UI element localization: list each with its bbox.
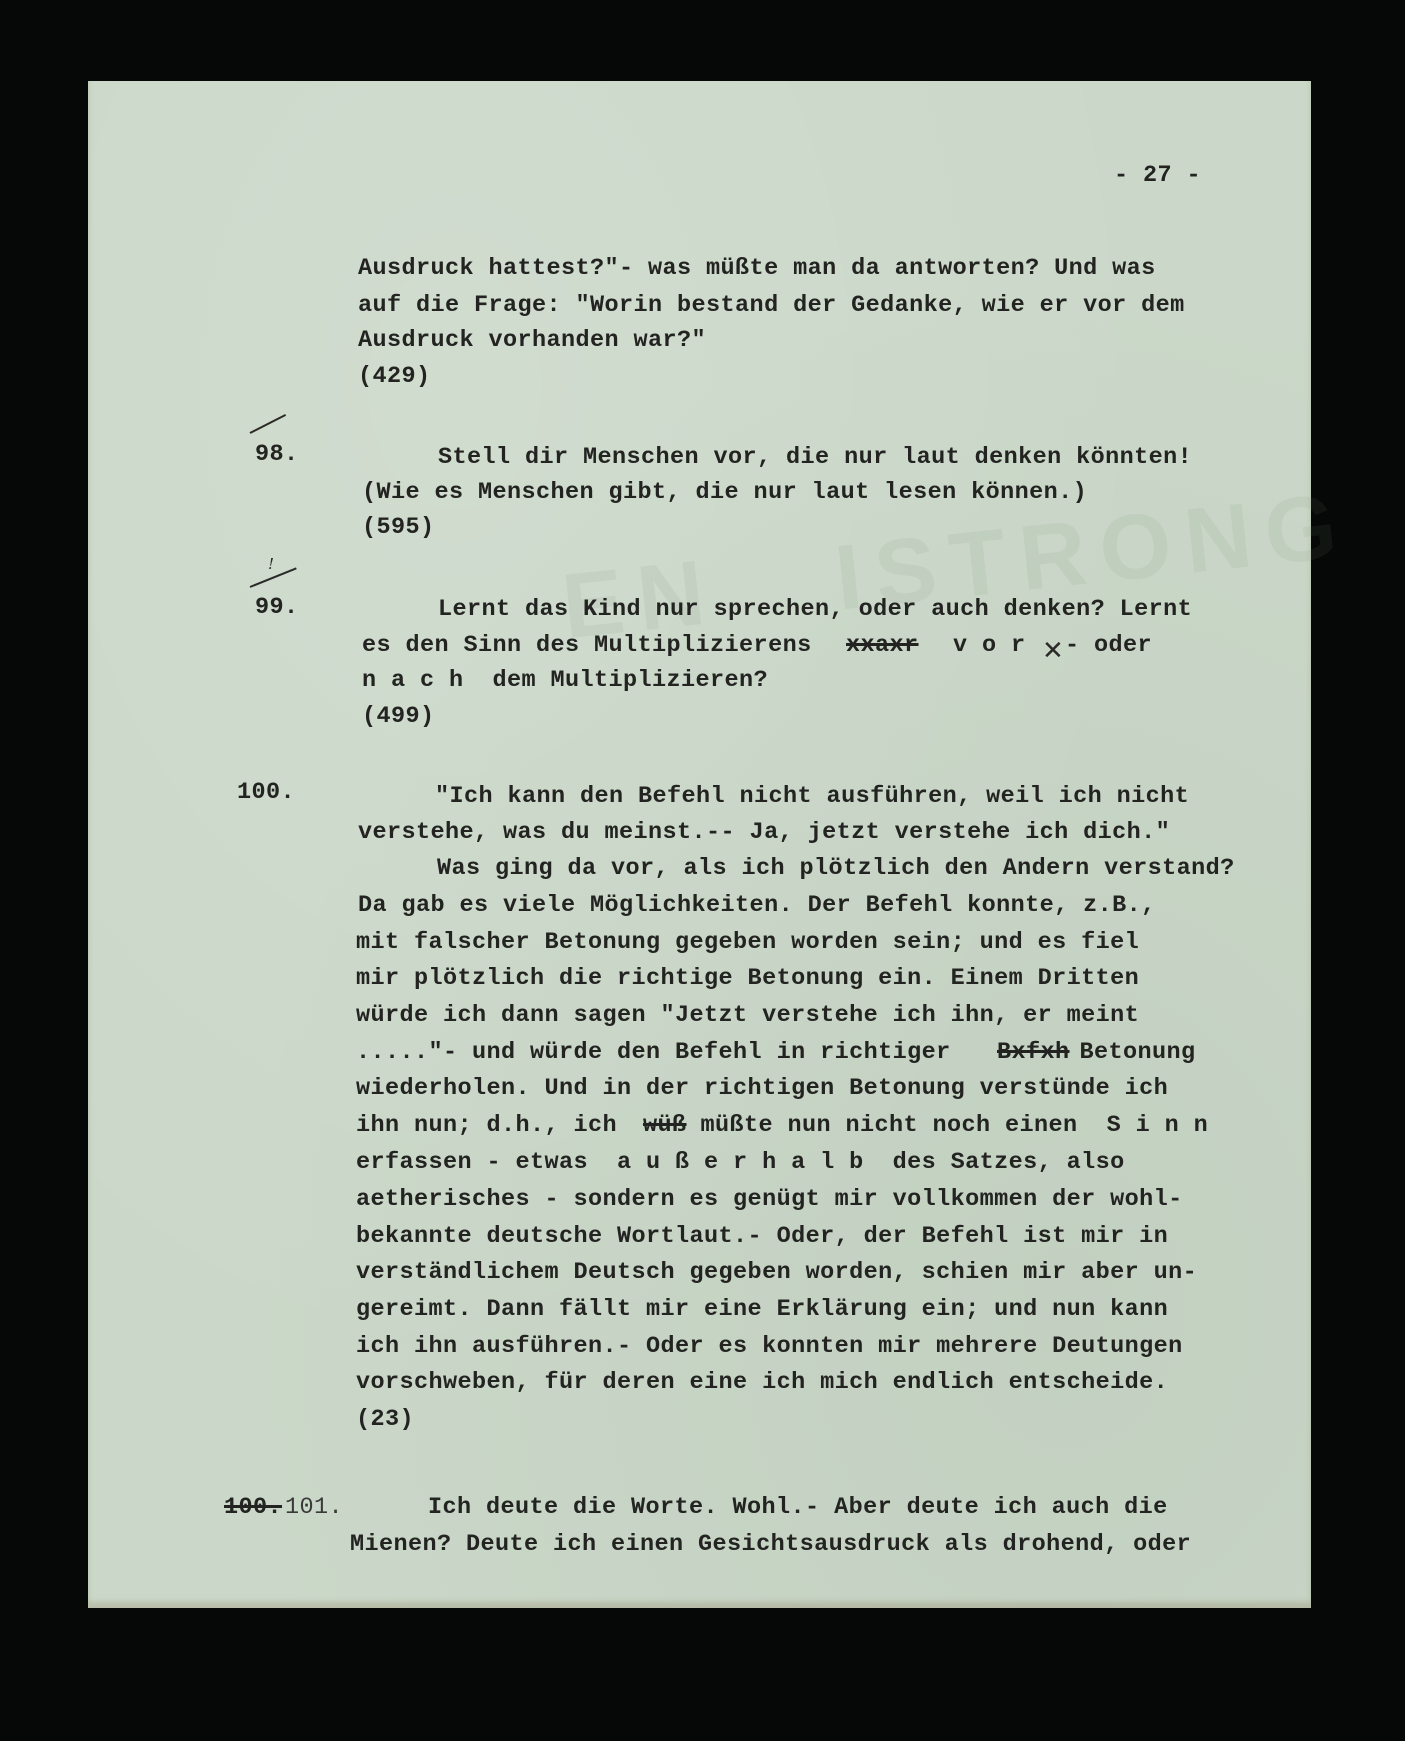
- text-line: Mienen? Deute ich einen Gesichtsausdruck…: [350, 1533, 1191, 1557]
- page-number: - 27 -: [1114, 164, 1201, 188]
- text-line: müßte nun nicht noch einen S i n n: [686, 1114, 1208, 1138]
- text-line: Betonung: [1065, 1041, 1196, 1065]
- handwritten-cross-mark-icon: ✕: [1042, 636, 1064, 666]
- text-line: Was ging da vor, als ich plötzlich den A…: [437, 857, 1235, 881]
- remark-number: 100.: [237, 781, 295, 805]
- text-line: es den Sinn des Multiplizierens: [362, 634, 812, 658]
- text-line: Stell dir Menschen vor, die nur laut den…: [438, 446, 1192, 470]
- text-line: aetherisches - sondern es genügt mir vol…: [356, 1188, 1183, 1212]
- text-line: mit falscher Betonung gegeben worden sei…: [356, 931, 1139, 955]
- text-line: verständlichem Deutsch gegeben worden, s…: [356, 1261, 1197, 1285]
- text-line: Da gab es viele Möglichkeiten. Der Befeh…: [358, 894, 1156, 918]
- source-reference: (23): [356, 1408, 414, 1432]
- struck-out-text: Bxfxh: [997, 1041, 1070, 1065]
- remark-number: 101.: [285, 1496, 343, 1520]
- exclamation-annotation-icon: !: [268, 555, 274, 573]
- text-line: Lernt das Kind nur sprechen, oder auch d…: [438, 598, 1192, 622]
- text-line: würde ich dann sagen "Jetzt verstehe ich…: [356, 1004, 1139, 1028]
- text-line: vorschweben, für deren eine ich mich end…: [356, 1371, 1168, 1395]
- remark-number: 99.: [255, 596, 299, 620]
- text-line: Ausdruck vorhanden war?": [358, 329, 706, 353]
- text-line: ich ihn ausführen.- Oder es konnten mir …: [356, 1335, 1183, 1359]
- text-line: mir plötzlich die richtige Betonung ein.…: [356, 967, 1139, 991]
- source-reference: (429): [358, 365, 431, 389]
- source-reference: (595): [362, 516, 435, 540]
- text-line: (Wie es Menschen gibt, die nur laut lese…: [362, 481, 1087, 505]
- text-line: erfassen - etwas a u ß e r h a l b des S…: [356, 1151, 1125, 1175]
- struck-out-text: xxaxr: [846, 634, 919, 658]
- text-line: wiederholen. Und in der richtigen Betonu…: [356, 1077, 1168, 1101]
- text-line: "Ich kann den Befehl nicht ausführen, we…: [435, 785, 1189, 809]
- text-line: verstehe, was du meinst.-- Ja, jetzt ver…: [358, 821, 1170, 845]
- struck-out-remark-number: 100.: [224, 1496, 282, 1520]
- text-line: Ausdruck hattest?"- was müßte man da ant…: [358, 257, 1156, 281]
- text-line: ....."- und würde den Befehl in richtige…: [356, 1041, 965, 1065]
- remark-number: 98.: [255, 443, 299, 467]
- spaced-emphasis-text: v o r: [953, 634, 1026, 658]
- text-line: auf die Frage: "Worin bestand der Gedank…: [358, 294, 1185, 318]
- text-line: gereimt. Dann fällt mir eine Erklärung e…: [356, 1298, 1168, 1322]
- text-line: n a c h dem Multiplizieren?: [362, 669, 768, 693]
- text-line: bekannte deutsche Wortlaut.- Oder, der B…: [356, 1225, 1168, 1249]
- text-line: ihn nun; d.h., ich: [356, 1114, 632, 1138]
- text-line: Ich deute die Worte. Wohl.- Aber deute i…: [428, 1496, 1168, 1520]
- struck-out-text: wüß: [643, 1114, 687, 1138]
- text-line: - oder: [1065, 634, 1152, 658]
- source-reference: (499): [362, 705, 435, 729]
